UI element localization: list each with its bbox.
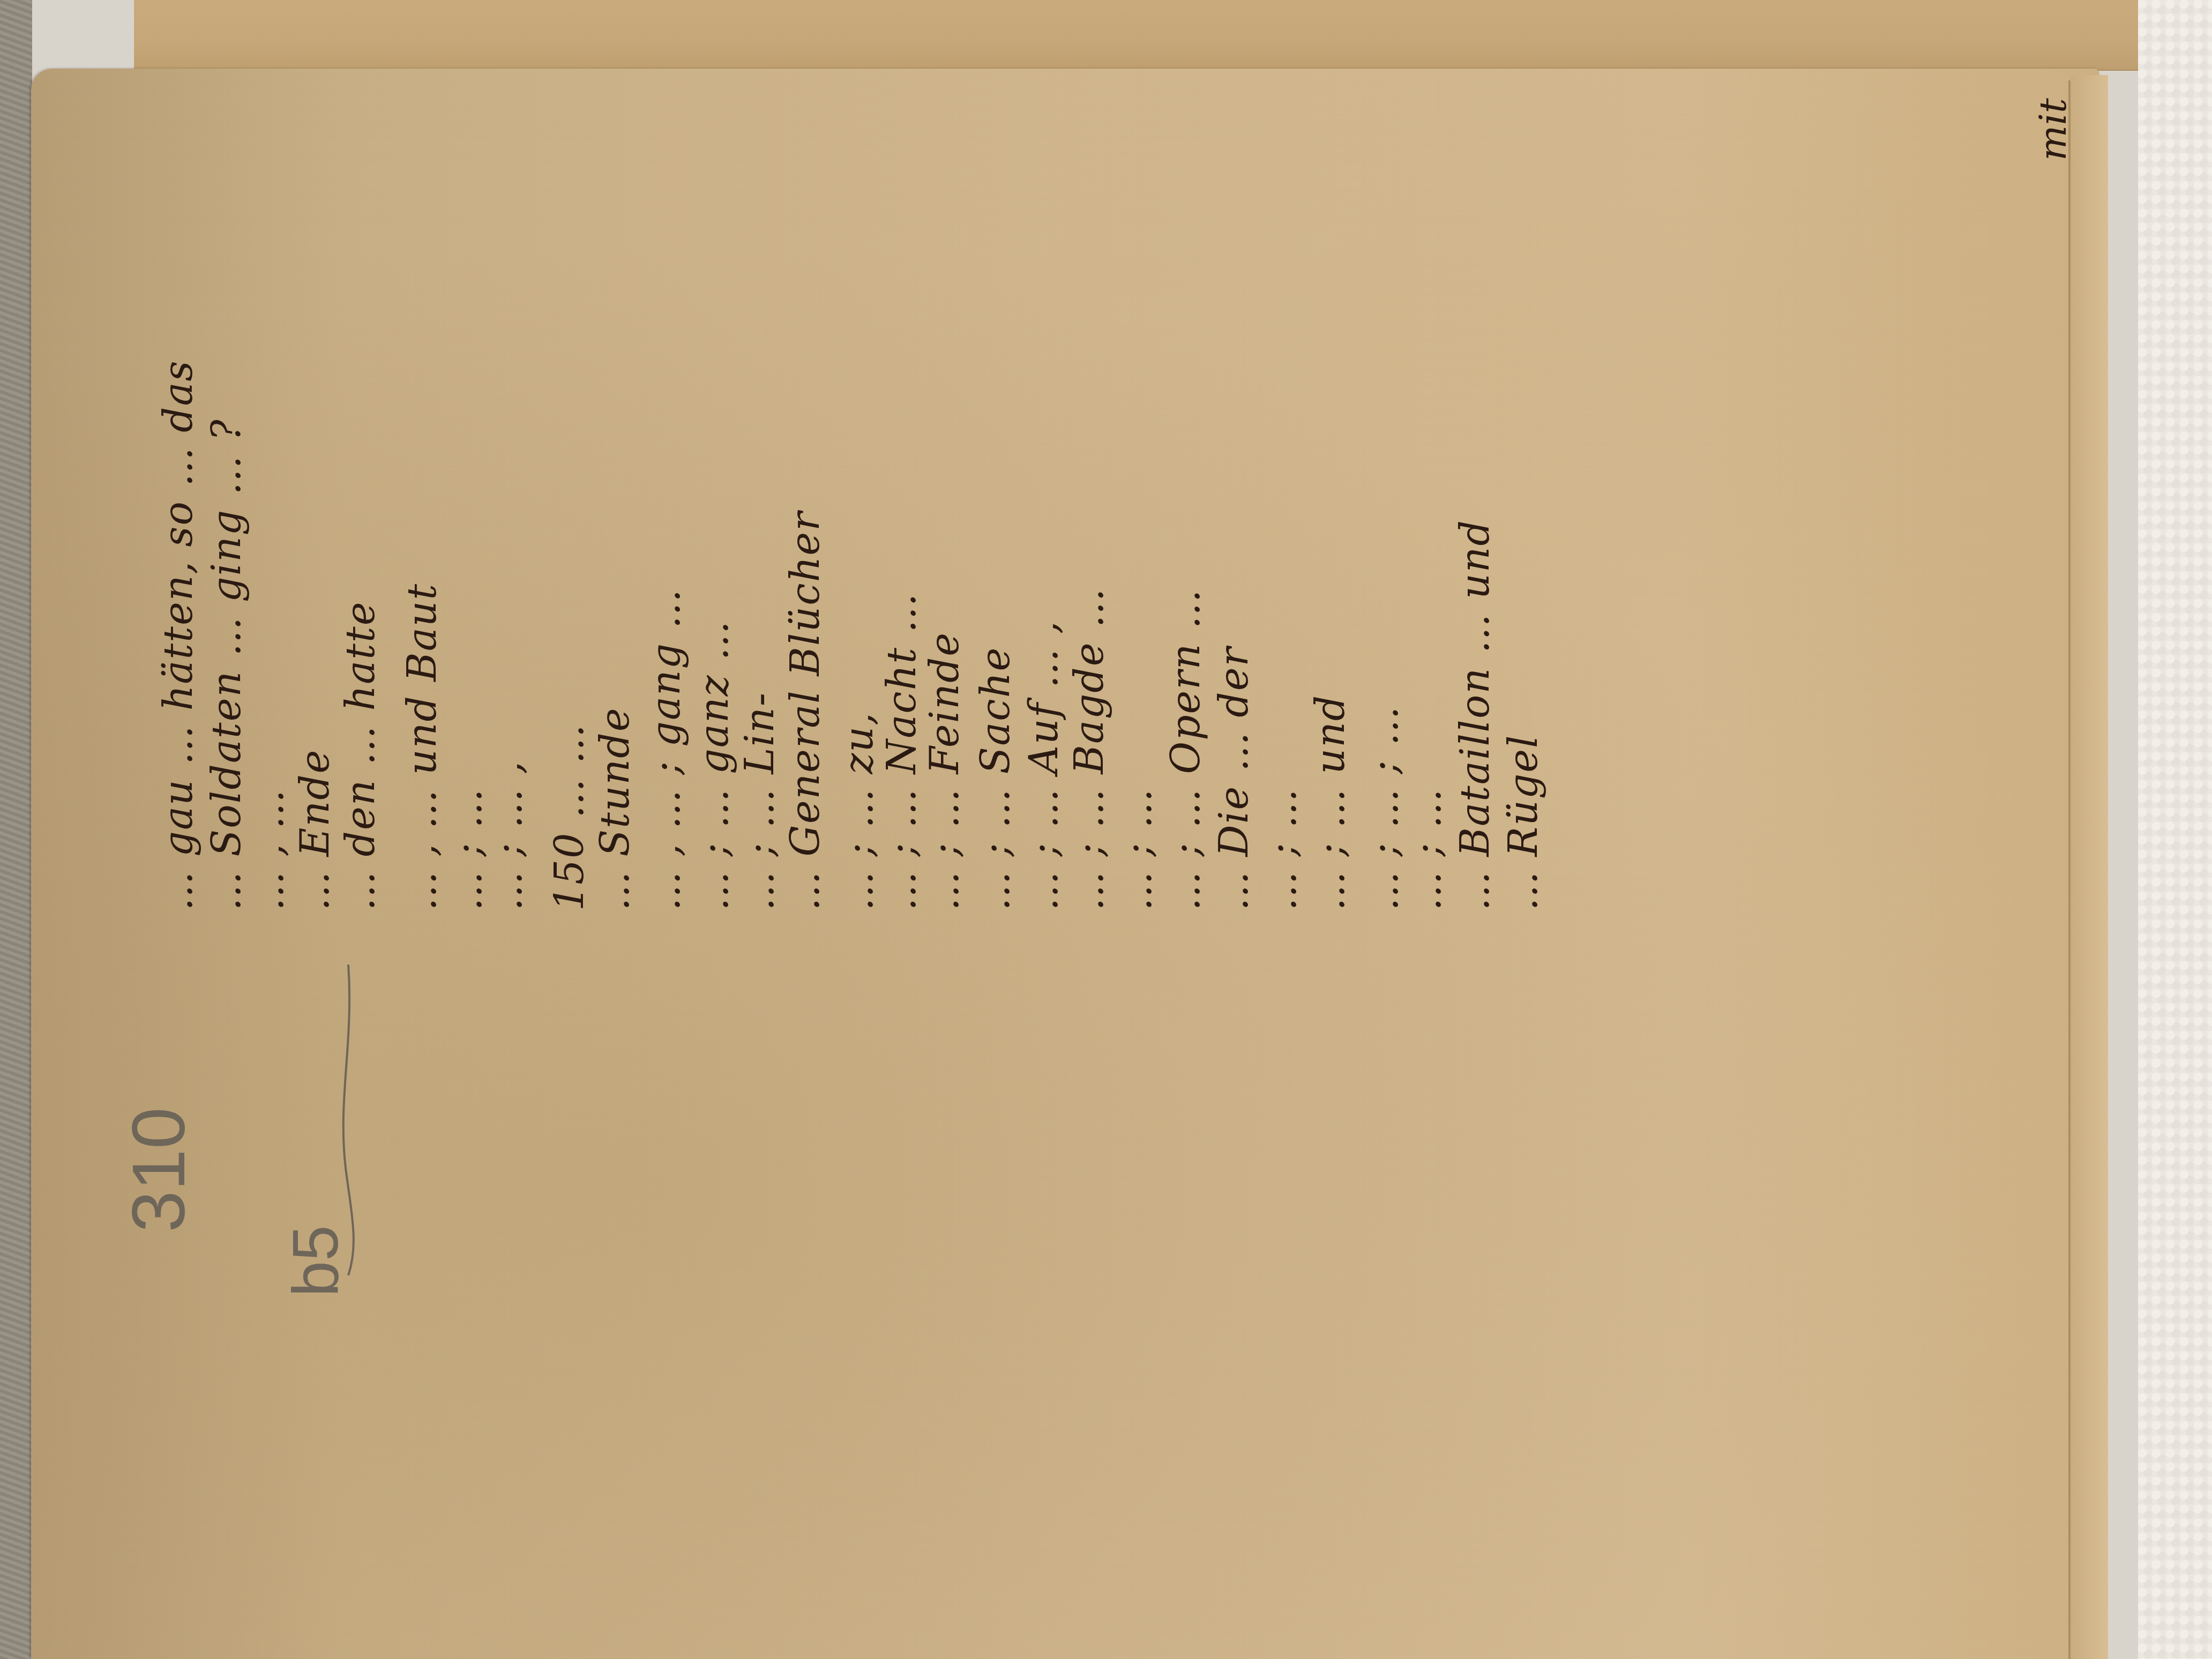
text-line: … den … hatte — [338, 601, 384, 911]
text-line: 150 … … — [547, 723, 593, 911]
text-line: … ; … Lin- — [737, 692, 783, 911]
text-line: … ; … ; … — [1361, 705, 1407, 911]
catchword: mit — [2031, 98, 2075, 161]
pencil-line-icon — [316, 965, 380, 1286]
text-line: … , … und Baut — [399, 583, 445, 911]
text-line: … ; … Auf … , — [1021, 620, 1067, 911]
text-line: … Rügel — [1500, 734, 1546, 911]
text-line: … , … ; gang … — [643, 588, 689, 911]
text-line: … ; … Feinde — [922, 632, 968, 911]
text-line: … ; … Nacht … — [879, 592, 925, 911]
text-line: … ; … Sache — [973, 647, 1019, 911]
text-line: … ; … und — [1307, 694, 1354, 911]
text-line: … Soldaten … ging … ? — [204, 419, 250, 911]
text-line: … gau … hätten, so … das — [155, 360, 201, 911]
text-line: … ; … , — [485, 760, 531, 911]
text-line: … Ende — [292, 749, 338, 911]
text-line: … , … — [246, 788, 293, 911]
text-line: … ; … Bagde … — [1066, 587, 1112, 911]
pencil-page-number: 310 — [115, 1107, 202, 1232]
text-line: … ; … — [1259, 788, 1305, 911]
text-line: … ; … — [1404, 788, 1450, 911]
text-line: … General Blücher — [782, 511, 828, 911]
handwritten-text-block: … gau … hätten, so … das … Soldaten … gi… — [0, 0, 2212, 1659]
text-line: … Stunde — [592, 707, 638, 911]
text-line: … Die … der — [1211, 646, 1257, 911]
text-line: … ; … — [1115, 788, 1161, 911]
text-line: … ; … Opern … — [1163, 588, 1209, 911]
text-line: … Bataillon … und — [1452, 519, 1498, 911]
text-line: … ; … — [445, 788, 491, 911]
text-line: … ; … zu, — [836, 712, 882, 911]
text-line: … ; … ganz … — [691, 620, 737, 911]
